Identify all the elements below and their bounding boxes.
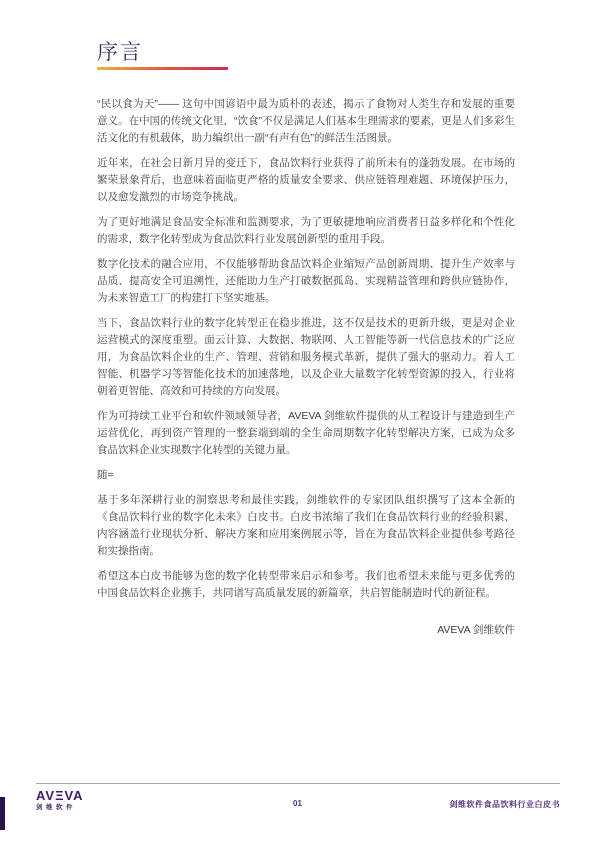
footer-doc-title: 剑维软件食品饮料行业白皮书	[450, 799, 561, 810]
paragraph: 数字化技术的融合应用，不仅能够帮助食品饮料企业缩短产品创新周期、提升生产效率与品…	[97, 256, 515, 307]
paragraph: “民以食为天”—— 这句中国谚语中最为质朴的表述，揭示了食物对人类生存和发展的重…	[97, 96, 515, 147]
paragraph: 随=	[97, 467, 515, 484]
body-text: “民以食为天”—— 这句中国谚语中最为质朴的表述，揭示了食物对人类生存和发展的重…	[97, 96, 515, 647]
left-edge-accent-bar	[0, 797, 5, 830]
signature: AVEVA 剑维软件	[97, 622, 515, 639]
footer-divider	[36, 783, 560, 784]
paragraph: 近年来，在社会日新月异的变迁下，食品饮料行业获得了前所未有的蓬勃发展。在市场的繁…	[97, 155, 515, 206]
document-page: 序言 “民以食为天”—— 这句中国谚语中最为质朴的表述，揭示了食物对人类生存和发…	[0, 0, 595, 841]
paragraph: 当下，食品饮料行业的数字化转型正在稳步推进，这不仅是技术的更新升级，更是对企业运…	[97, 315, 515, 400]
page-title: 序言	[97, 36, 143, 66]
accent-divider	[97, 67, 228, 70]
paragraph: 基于多年深耕行业的洞察思考和最佳实践，剑维软件的专家团队组织撰写了这本全新的《食…	[97, 492, 515, 560]
paragraph: 希望这本白皮书能够为您的数字化转型带来启示和参考。我们也希望未来能与更多优秀的中…	[97, 568, 515, 602]
paragraph: 为了更好地满足食品安全标准和监测要求，为了更敏捷地响应消费者日益多样化和个性化的…	[97, 214, 515, 248]
paragraph: 作为可持续工业平台和软件领域领导者，AVEVA 剑维软件提供的从工程设计与建造到…	[97, 408, 515, 459]
